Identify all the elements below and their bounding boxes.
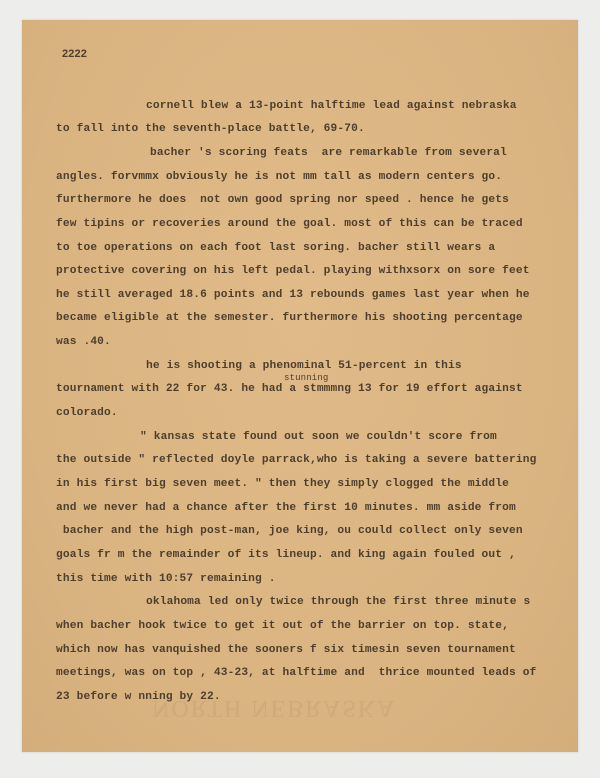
text-line: when bacher hook twice to get it out of … xyxy=(56,620,509,632)
text-line: he is shooting a phenominal 51-percent i… xyxy=(146,360,462,372)
text-line: " kansas state found out soon we couldn'… xyxy=(140,431,497,443)
text-line: the outside " reflected doyle parrack,wh… xyxy=(56,454,536,466)
page-number: 2222 xyxy=(62,48,87,60)
bleed-through-stamp: NORTH NEBRASKA xyxy=(152,695,397,721)
text-line: tournament with 22 for 43. he had a stmm… xyxy=(56,383,523,395)
typewritten-page: 2222 cornell blew a 13-point halftime le… xyxy=(22,20,578,752)
text-line: protective covering on his left pedal. p… xyxy=(56,265,530,277)
text-line: goals fr m the remainder of its lineup. … xyxy=(56,549,516,561)
text-line: was .40. xyxy=(56,336,111,348)
text-line: angles. forvmmx obviously he is not mm t… xyxy=(56,171,502,183)
text-line: few tipins or recoveries around the goal… xyxy=(56,218,523,230)
text-line: bacher 's scoring feats are remarkable f… xyxy=(150,147,507,159)
text-line: cornell blew a 13-point halftime lead ag… xyxy=(146,100,517,112)
text-line: to toe operations on each foot last sori… xyxy=(56,242,495,254)
text-line: to fall into the seventh-place battle, 6… xyxy=(56,123,365,135)
text-line: oklahoma led only twice through the firs… xyxy=(146,596,530,608)
interlinear-correction: stunning xyxy=(284,373,328,383)
text-line: this time with 10:57 remaining . xyxy=(56,573,276,585)
text-line: colorado. xyxy=(56,407,118,419)
text-line: furthermore he does not own good spring … xyxy=(56,194,509,206)
text-line: became eligible at the semester. further… xyxy=(56,312,523,324)
text-line: bacher and the high post-man, joe king, … xyxy=(56,525,523,537)
text-line: which now has vanquished the sooners f s… xyxy=(56,644,516,656)
text-line: in his first big seven meet. " then they… xyxy=(56,478,509,490)
text-line: he still averaged 18.6 points and 13 reb… xyxy=(56,289,530,301)
text-line: meetings, was on top , 43-23, at halftim… xyxy=(56,667,536,679)
text-line: and we never had a chance after the firs… xyxy=(56,502,516,514)
